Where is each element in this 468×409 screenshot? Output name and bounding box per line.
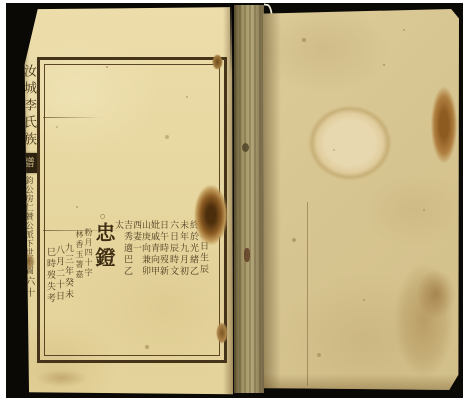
back-cover (263, 9, 459, 390)
margin-smudge-stain (21, 253, 35, 270)
page-number: 六十 (24, 276, 34, 299)
text-column: 太 (113, 220, 122, 232)
text-column: 粉月四十字 (84, 228, 92, 278)
entry-marker: ○ (100, 213, 105, 220)
edge-stain (429, 81, 459, 169)
small-stain (216, 322, 228, 344)
corner-stain-core (413, 265, 459, 323)
water-stain (300, 98, 400, 188)
text-column: 吉秀適巴乙 (122, 220, 131, 278)
text-column: 九三年癸未 (63, 243, 72, 301)
text-column: 西妻一 (131, 220, 140, 255)
text-column: 妣戚青向甲 (149, 220, 158, 278)
text-column: 巳時歿失考 (45, 247, 54, 305)
text-column: 日午時歿新 (158, 220, 167, 278)
foxing-specks (16, 6, 18, 8)
book-photo: 汝城李氏族 譜 鈞公房仁贊公派下世系圖 六十 巳時歿失考 八月二十日 九三年癸未… (6, 3, 463, 398)
volume-label-block: 譜 (21, 153, 37, 173)
cover-crease (307, 202, 308, 386)
stitch-knot (244, 248, 250, 262)
text-column: 六日辰時文 (168, 220, 177, 278)
bottom-stain (30, 367, 94, 389)
book-spine (234, 5, 264, 393)
text-column: 山庚向兼卯 (140, 220, 149, 278)
generation-rule (43, 117, 101, 118)
cover-bottom-dirt (263, 374, 459, 390)
text-column: 未年九月初 (178, 220, 187, 278)
tear-stain (192, 181, 230, 249)
margin-title: 汝城李氏族 (22, 64, 35, 149)
text-column: 八月二十日 (54, 245, 63, 303)
text-column: 林香玉箸嘉 (75, 230, 83, 280)
cover-fold-shadow (263, 9, 281, 390)
left-page: 汝城李氏族 譜 鈞公房仁贊公派下世系圖 六十 巳時歿失考 八月二十日 九三年癸未… (16, 6, 233, 395)
entry-name: 忠鐙 (94, 222, 114, 272)
spine-speck (242, 143, 249, 152)
